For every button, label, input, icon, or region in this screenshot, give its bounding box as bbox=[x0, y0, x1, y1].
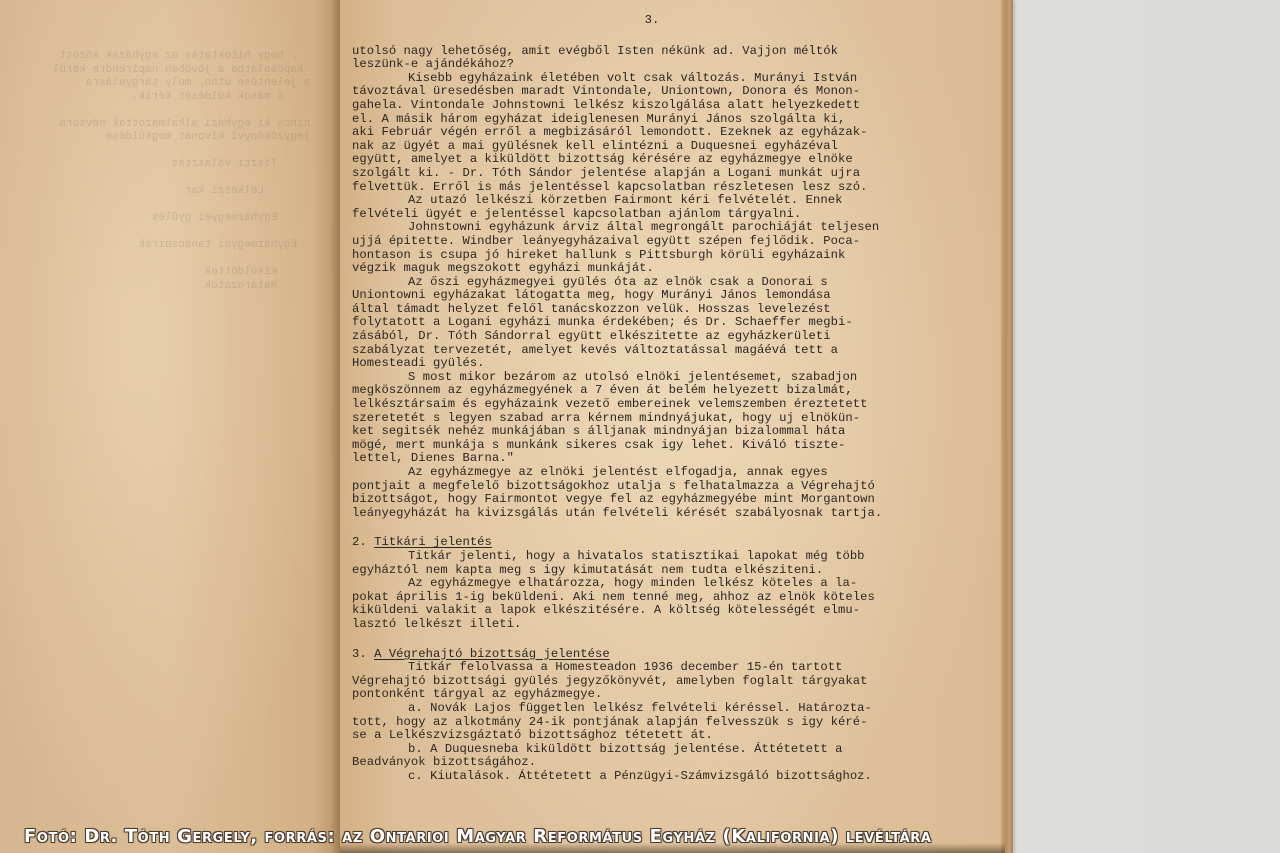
text-line: utolsó nagy lehetőség, amit evégből Iste… bbox=[352, 45, 962, 59]
text-line: aki Február végén erről a megbizásáról l… bbox=[352, 126, 962, 140]
text-line: Homesteadi gyülés. bbox=[352, 357, 962, 371]
paragraph: Kisebb egyházaink életében volt csak vál… bbox=[352, 72, 962, 194]
text-line: Az egyházmegye elhatározza, hogy minden … bbox=[352, 577, 962, 591]
paragraph: S most mikor bezárom az utolsó elnöki je… bbox=[352, 371, 962, 466]
text-line: mögé, mert munkája s munkánk sikeres csa… bbox=[352, 439, 962, 453]
text-line: S most mikor bezárom az utolsó elnöki je… bbox=[352, 371, 962, 385]
paragraph: Az egyházmegye az elnöki jelentést elfog… bbox=[352, 466, 962, 520]
text-line: ujjá épitette. Windber leányegyházaival … bbox=[352, 235, 962, 249]
text-line: ket segitsék nehéz munkájában s álljanak… bbox=[352, 425, 962, 439]
paragraph: Titkár jelenti, hogy a hivatalos statisz… bbox=[352, 550, 962, 577]
text-line: felvételi ügyét e jelentéssel kapcsolatb… bbox=[352, 208, 962, 222]
paragraph: Az utazó lelkészi körzetben Fairmont kér… bbox=[352, 194, 962, 221]
text-line: pontonként tárgyal az egyházmegye. bbox=[352, 688, 962, 702]
text-line: Végrehajtó bizottsági gyülés jegyzőkönyv… bbox=[352, 675, 962, 689]
page-text: 3. utolsó nagy lehetőség, amit evégből I… bbox=[352, 14, 962, 783]
text-line: távoztával üresedésben maradt Vintondale… bbox=[352, 85, 962, 99]
section-heading: 2. Titkári jelentés bbox=[352, 536, 962, 550]
paragraph: utolsó nagy lehetőség, amit evégből Iste… bbox=[352, 45, 962, 72]
text-line: gahela. Vintondale Johnstowni lelkész ki… bbox=[352, 99, 962, 113]
paragraph: Titkár felolvassa a Homesteadon 1936 dec… bbox=[352, 661, 962, 702]
text-line: lettel, Dienes Barna." bbox=[352, 452, 962, 466]
text-line: el. A másik három egyházat ideiglenesen … bbox=[352, 113, 962, 127]
text-line: együtt, amelyet a kiküldött bizottság ké… bbox=[352, 153, 962, 167]
body-paragraphs: utolsó nagy lehetőség, amit evégből Iste… bbox=[352, 45, 962, 521]
text-line: Titkár jelenti, hogy a hivatalos statisz… bbox=[352, 550, 962, 564]
text-line: Az egyházmegye az elnöki jelentést elfog… bbox=[352, 466, 962, 480]
text-line: zásából, Dr. Tóth Sándorral együtt elkés… bbox=[352, 330, 962, 344]
text-line: felvettük. Erről is más jelentéssel kapc… bbox=[352, 181, 962, 195]
text-line: Kisebb egyházaink életében volt csak vál… bbox=[352, 72, 962, 86]
section-number: 3. bbox=[352, 647, 374, 661]
paragraph: Az egyházmegye elhatározza, hogy minden … bbox=[352, 577, 962, 631]
section-heading: 3. A Végrehajtó bizottság jelentése bbox=[352, 648, 962, 662]
paragraph: Johnstowni egyházunk árviz által megrong… bbox=[352, 221, 962, 275]
section-title: A Végrehajtó bizottság jelentése bbox=[374, 647, 610, 661]
paragraph: a. Novák Lajos független lelkész felvéte… bbox=[352, 702, 962, 743]
page-number: 3. bbox=[352, 14, 962, 28]
text-line: hontason is csupa jó hireket hallunk s P… bbox=[352, 249, 962, 263]
text-line: leányegyházát ha kivizsgálás után felvét… bbox=[352, 507, 962, 521]
text-line: Az őszi egyházmegyei gyülés óta az elnök… bbox=[352, 276, 962, 290]
bleed-through-text: , hogy hitoktatás az egyházak között kap… bbox=[10, 50, 330, 293]
text-line: lasztó lelkészt illeti. bbox=[352, 618, 962, 632]
text-line: Uniontowni egyházakat látogatta meg, hog… bbox=[352, 289, 962, 303]
section-number: 2. bbox=[352, 535, 374, 549]
text-line: leszünk-e ajándékához? bbox=[352, 58, 962, 72]
sections: 2. Titkári jelentésTitkár jelenti, hogy … bbox=[352, 536, 962, 783]
document-photo: , hogy hitoktatás az egyházak között kap… bbox=[0, 0, 1280, 853]
text-line: Johnstowni egyházunk árviz által megrong… bbox=[352, 221, 962, 235]
text-line: szeretetét s legyen szabad arra kérnem m… bbox=[352, 412, 962, 426]
text-line: Beadványok bizottságához. bbox=[352, 756, 962, 770]
text-line: szolgált ki. - Dr. Tóth Sándor jelentése… bbox=[352, 167, 962, 181]
section-title: Titkári jelentés bbox=[374, 535, 492, 549]
text-line: a. Novák Lajos független lelkész felvéte… bbox=[352, 702, 962, 716]
text-line: nak az ügyét a mai gyülésnek kell elinté… bbox=[352, 140, 962, 154]
text-line: által támadt helyzet felől tanácskozzon … bbox=[352, 303, 962, 317]
text-line: pontjait a megfelelő bizottságokhoz utal… bbox=[352, 480, 962, 494]
text-line: b. A Duquesneba kiküldött bizottság jele… bbox=[352, 743, 962, 757]
left-facing-page: , hogy hitoktatás az egyházak között kap… bbox=[0, 0, 340, 853]
text-line: folytatott a Logani egyházi munka érdeké… bbox=[352, 316, 962, 330]
text-line: Az utazó lelkészi körzetben Fairmont kér… bbox=[352, 194, 962, 208]
text-line: bizottságot, hogy Fairmontot vegye fel a… bbox=[352, 493, 962, 507]
text-line: tott, hogy az alkotmány 24-ik pontjának … bbox=[352, 716, 962, 730]
section-body: Titkár jelenti, hogy a hivatalos statisz… bbox=[352, 550, 962, 632]
paragraph: b. A Duquesneba kiküldött bizottság jele… bbox=[352, 743, 962, 770]
text-line: lelkésztársaim és egyházaink vezető embe… bbox=[352, 398, 962, 412]
text-line: megköszönnem az egyházmegyének a 7 éven … bbox=[352, 384, 962, 398]
section-body: Titkár felolvassa a Homesteadon 1936 dec… bbox=[352, 661, 962, 783]
photo-credit-caption: Fotó: Dr. Tóth Gergely, forrás: az Ontar… bbox=[24, 826, 1264, 847]
text-line: pokat április 1-ig beküldeni. Aki nem te… bbox=[352, 591, 962, 605]
text-line: se a Lelkészvizsgáztató bizottsághoz tét… bbox=[352, 729, 962, 743]
text-line: egyháztól nem kapta meg s igy kimutatásá… bbox=[352, 564, 962, 578]
paragraph: Az őszi egyházmegyei gyülés óta az elnök… bbox=[352, 276, 962, 371]
text-line: c. Kiutalások. Áttétetett a Pénzügyi-Szá… bbox=[352, 770, 962, 784]
text-line: végzik maguk megszokott egyházi munkáját… bbox=[352, 262, 962, 276]
text-line: kiküldeni valakit a lapok elkészitésére.… bbox=[352, 604, 962, 618]
page-edge bbox=[1001, 0, 1013, 853]
text-line: Titkár felolvassa a Homesteadon 1936 dec… bbox=[352, 661, 962, 675]
paragraph: c. Kiutalások. Áttétetett a Pénzügyi-Szá… bbox=[352, 770, 962, 784]
text-line: szabályzat tervezetét, amelyet kevés vál… bbox=[352, 344, 962, 358]
